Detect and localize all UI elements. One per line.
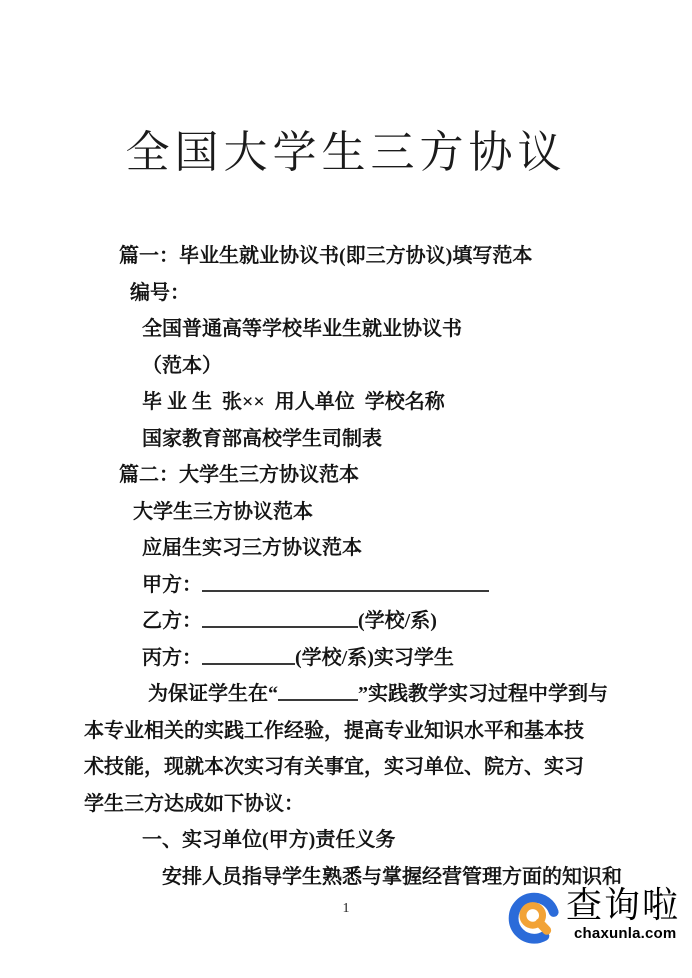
fill-in-blank (202, 586, 489, 592)
text-segment: ”实践教学实习过程中学到与 (358, 683, 608, 705)
text-line-agreement-name: 全国普通高等学校毕业生就业协议书 (0, 311, 692, 348)
text-segment: 为保证学生在“ (148, 683, 278, 705)
text-line-pian-1-heading: 篇一：毕业生就业协议书(即三方协议)填写范本 (0, 238, 692, 275)
text-segment: 篇一：毕业生就业协议书(即三方协议)填写范本 (119, 245, 532, 267)
text-segment: 术技能，现就本次实习有关事宜，实习单位、院方、实习 (84, 756, 584, 778)
text-segment: 一、实习单位(甲方)责任义务 (142, 829, 395, 851)
text-line-sample-title: 大学生三方协议范本 (0, 494, 692, 531)
text-segment: 乙方： (142, 610, 202, 632)
text-line-paragraph-line-4: 学生三方达成如下协议： (0, 786, 692, 823)
watermark-text: 查询啦 chaxunla.com (566, 884, 680, 942)
text-segment: 甲方： (142, 574, 202, 596)
text-line-graduate-fields: 毕 业 生 张×× 用人单位 学校名称 (0, 384, 692, 421)
text-segment: 本专业相关的实践工作经验，提高专业知识水平和基本技 (84, 720, 584, 742)
text-line-party-b: 乙方：(学校/系) (0, 603, 692, 640)
text-segment: 丙方： (142, 647, 202, 669)
text-line-template-note: （范本） (0, 348, 692, 385)
text-segment: 应届生实习三方协议范本 (142, 537, 362, 559)
text-segment: 国家教育部高校学生司制表 (142, 428, 382, 450)
text-segment: （范本） (142, 355, 222, 377)
text-line-paragraph-line-1: 为保证学生在“”实践教学实习过程中学到与 (0, 676, 692, 713)
text-line-ministry-note: 国家教育部高校学生司制表 (0, 421, 692, 458)
text-segment: 毕 业 生 张×× 用人单位 学校名称 (142, 391, 445, 413)
fill-in-blank (202, 659, 295, 665)
text-segment: (学校/系) (358, 610, 437, 632)
fill-in-blank (202, 622, 358, 628)
text-line-party-a: 甲方： (0, 567, 692, 604)
document-title: 全国大学生三方协议 (0, 116, 692, 180)
text-segment: 篇二：大学生三方协议范本 (119, 464, 359, 486)
document-page: 全国大学生三方协议 篇一：毕业生就业协议书(即三方协议)填写范本编号：全国普通高… (0, 0, 692, 978)
fill-in-blank (278, 695, 358, 701)
document-body: 篇一：毕业生就业协议书(即三方协议)填写范本编号：全国普通高等学校毕业生就业协议… (0, 238, 692, 895)
text-line-paragraph-line-3: 术技能，现就本次实习有关事宜，实习单位、院方、实习 (0, 749, 692, 786)
text-line-paragraph-line-2: 本专业相关的实践工作经验，提高专业知识水平和基本技 (0, 713, 692, 750)
text-line-sample-subtitle: 应届生实习三方协议范本 (0, 530, 692, 567)
text-line-pian-2-heading: 篇二：大学生三方协议范本 (0, 457, 692, 494)
text-segment: 全国普通高等学校毕业生就业协议书 (142, 318, 462, 340)
text-segment: 大学生三方协议范本 (133, 501, 313, 523)
text-line-party-c: 丙方：(学校/系)实习学生 (0, 640, 692, 677)
text-segment: (学校/系)实习学生 (295, 647, 454, 669)
brand-name: 查询啦 (566, 884, 680, 926)
text-segment: 编号： (130, 282, 190, 304)
text-segment: 学生三方达成如下协议： (84, 793, 304, 815)
magnifier-handle-shape (540, 923, 547, 930)
magnifier-ring-icon (508, 890, 564, 952)
text-line-section-1-heading: 一、实习单位(甲方)责任义务 (0, 822, 692, 859)
watermark-logo: 查询啦 chaxunla.com (508, 884, 680, 952)
brand-domain: chaxunla.com (574, 926, 680, 942)
text-line-serial-number: 编号： (0, 275, 692, 312)
